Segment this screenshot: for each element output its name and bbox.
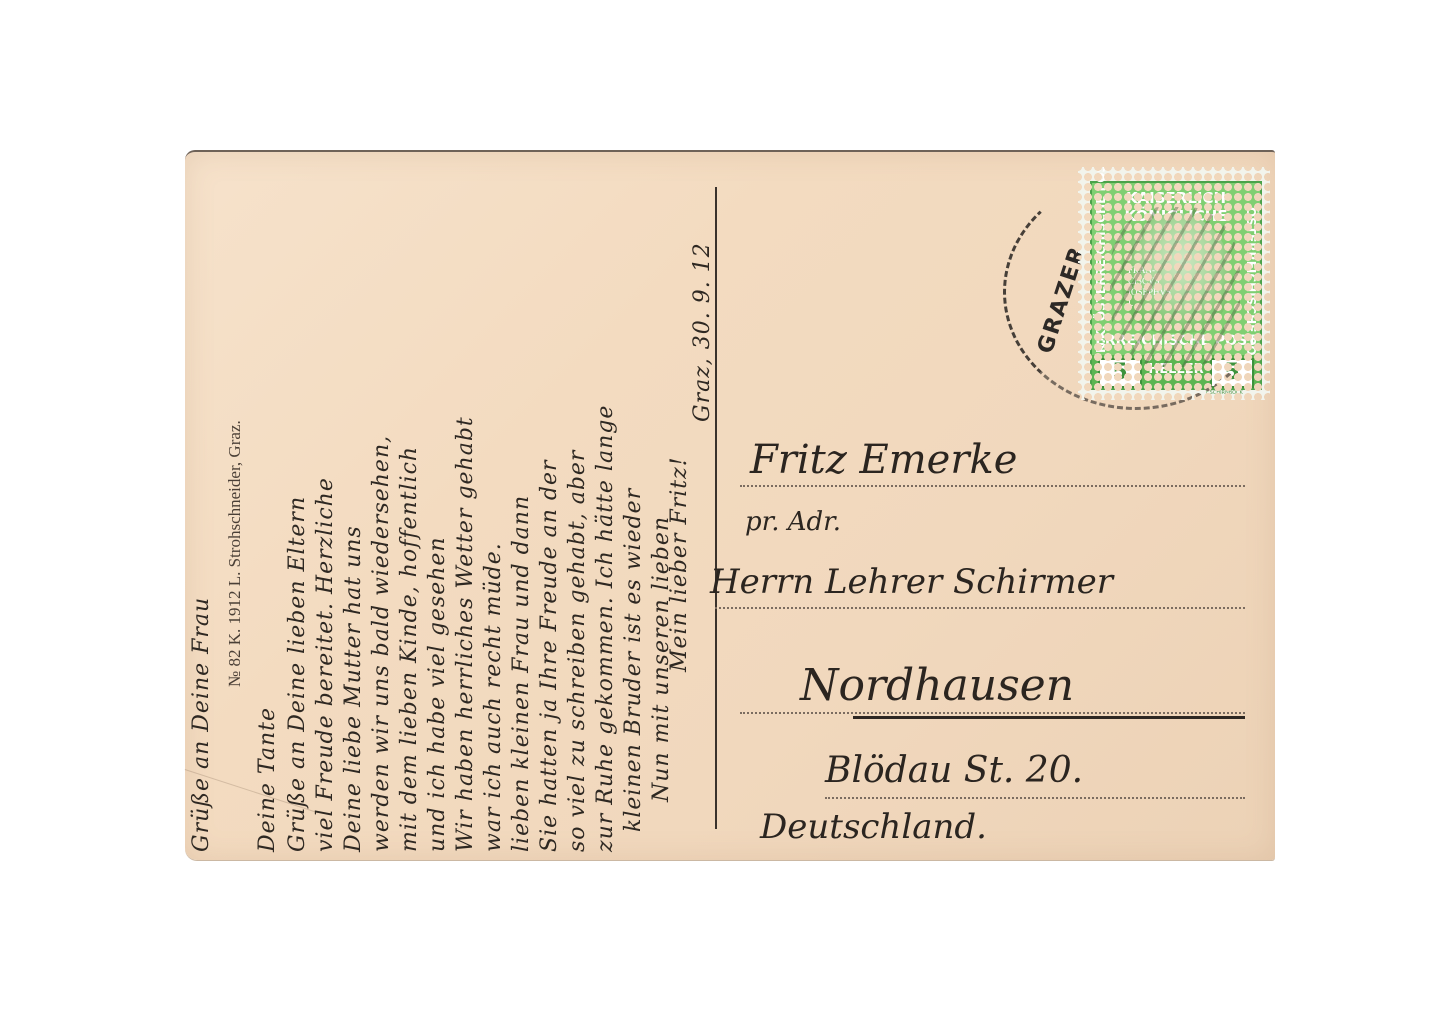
address-recipient: Fritz Emerke [750, 437, 1017, 483]
cancellation-lines [1110, 207, 1240, 367]
address-rule-3 [740, 712, 1245, 714]
message-line: so viel zu schreiben gehabt, aber [565, 450, 590, 852]
address-rule-1 [740, 485, 1245, 487]
message-date: Graz, 30. 9. 12 [690, 242, 713, 422]
stamp-printer: F.SCHIRNBÖCK [1206, 390, 1243, 396]
message-line: zur Ruhe gekommen. Ich hätte lange [593, 405, 618, 852]
address-city-underline [853, 716, 1245, 719]
address-city: Nordhausen [800, 660, 1074, 711]
stamp-value-left: 5 [1098, 358, 1142, 388]
message-salutation: Mein lieber Fritz! [667, 456, 692, 672]
message-line: kleinen Bruder ist es wieder [621, 488, 646, 832]
message-area: № 82 K. 1912 L. Strohschneider, Graz. Gr… [185, 152, 713, 860]
message-line: werden wir uns bald wiedersehen, [369, 435, 394, 852]
stamp-left-text: K.K. ÖSTERREICHISCHE POST [1094, 156, 1108, 353]
message-line: lieben kleinen Frau und dann [509, 495, 534, 852]
message-line: viel Freude bereitet. Herzliche [313, 477, 338, 852]
center-divider [715, 187, 717, 829]
message-line: Deine Tante [255, 707, 280, 852]
message-line: Grüße an Deine lieben Eltern [285, 496, 310, 852]
message-line: war ich auch recht müde. [481, 542, 506, 852]
message-line: Deine liebe Mutter hat uns [341, 525, 366, 852]
message-line: Wir haben herrliches Wetter gehabt [453, 416, 478, 852]
message-line: Grüße an Deine Frau [189, 597, 214, 852]
message-line: mit dem lieben Kinde, hoffentlich [397, 446, 422, 852]
printer-imprint: № 82 K. 1912 L. Strohschneider, Graz. [225, 420, 245, 687]
address-name: Herrn Lehrer Schirmer [710, 562, 1113, 602]
stamp-value-right: 5 [1210, 358, 1254, 388]
address-street: Blödau St. 20. [825, 750, 1083, 791]
message-line: und ich habe viel gesehen [425, 536, 450, 852]
address-rule-4 [825, 797, 1245, 799]
postcard: № 82 K. 1912 L. Strohschneider, Graz. Gr… [185, 150, 1275, 860]
address-care-of: pr. Adr. [745, 507, 841, 537]
address-rule-2 [715, 607, 1245, 609]
message-line: Sie hatten ja Ihre Freude an der [537, 459, 562, 852]
address-country: Deutschland. [760, 807, 987, 847]
